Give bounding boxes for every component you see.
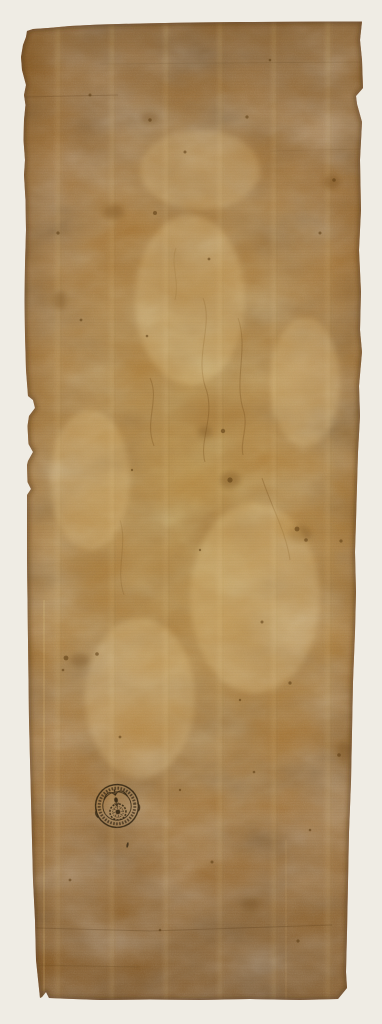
artifact-image	[0, 0, 382, 1024]
paper-sheet	[10, 18, 380, 1004]
artifact-scan	[0, 0, 382, 1024]
